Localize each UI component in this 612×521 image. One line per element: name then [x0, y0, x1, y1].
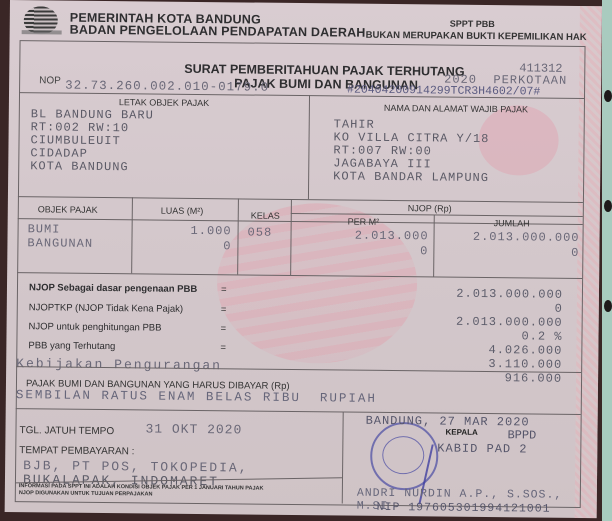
signatory-nip: NIP 197605301994121001: [377, 501, 551, 516]
table-cell-kelas: 058: [248, 226, 273, 240]
table-cell-per-m2: 0: [290, 243, 428, 258]
document-title: SURAT PEMBERITAHUAN PAJAK TERHUTANG: [184, 62, 464, 79]
nop-label: NOP: [39, 75, 61, 86]
due-date-label: TGL. JATUH TEMPO: [19, 425, 114, 437]
payable-value: 916.000: [505, 371, 563, 386]
table-cell-objek: BUMI: [28, 222, 61, 236]
calc-value: 4.026.000: [488, 343, 562, 358]
taxpayer-line: TAHIR: [334, 118, 375, 130]
object-location-line: KOTA BANDUNG: [30, 160, 129, 173]
due-date-value: 31 OKT 2020: [145, 421, 242, 437]
payment-places-label: TEMPAT PEMBAYARAN :: [19, 445, 134, 457]
col-kelas: KELAS: [251, 211, 280, 221]
table-cell-per-m2: 2.013.000: [290, 228, 428, 243]
col-per-m2: PER M²: [348, 217, 380, 227]
taxpayer-label: NAMA DAN ALAMAT WAJIB PAJAK: [384, 103, 528, 115]
taxpayer-line: KOTA BANDAR LAMPUNG: [333, 170, 489, 184]
object-location-label: LETAK OBJEK PAJAK: [119, 97, 209, 108]
table-cell-luas: 1.000: [132, 223, 232, 238]
disclaimer: BUKAN MERUPAKAN BUKTI KEPEMILIKAN HAK: [366, 30, 587, 43]
gov-line-2: BADAN PENGELOLAAN PENDAPATAN DAERAH: [70, 23, 366, 40]
calc-label: NJOP untuk penghitungan PBB: [29, 321, 162, 333]
calc-eq: =: [221, 323, 227, 334]
taxpayer-line: RT:007 RW:00: [333, 144, 432, 157]
col-jumlah: JUMLAH: [494, 218, 530, 228]
object-location-line: CIUMBULEUIT: [30, 134, 120, 147]
sppt-label: SPPT PBB: [450, 19, 495, 29]
calc-value: 2.013.000.000: [456, 287, 563, 302]
calc-label: NJOP Sebagai dasar pengenaan PBB: [29, 282, 197, 295]
calc-eq: =: [221, 304, 227, 315]
col-luas: LUAS (M²): [161, 206, 204, 216]
signature-kepala: KEPALA: [445, 428, 477, 437]
background-edge: [602, 0, 612, 521]
signature-agency: BPPD: [507, 428, 536, 442]
sppt-document: PEMERINTAH KOTA BANDUNG BADAN PENGELOLAA…: [5, 0, 602, 518]
table-cell-objek: BANGUNAN: [27, 236, 93, 251]
taxpayer-line: JAGABAYA III: [333, 157, 432, 170]
calc-eq: =: [221, 284, 227, 295]
object-location-line: CIDADAP: [30, 147, 88, 160]
reduction-label: Kebijakan Pengurangan: [16, 356, 222, 373]
perforation-hole: [604, 300, 612, 312]
perforation-hole: [604, 200, 612, 212]
reduction-value: 3.110.000: [488, 357, 562, 372]
calc-label: PBB yang Terhutang: [28, 340, 115, 352]
calc-value: 0.2 %: [521, 329, 562, 343]
col-objek: OBJEK PAJAK: [38, 204, 98, 215]
calc-eq: =: [220, 342, 226, 353]
table-cell-luas: 0: [131, 238, 231, 253]
table-cell-jumlah: 0: [433, 244, 579, 260]
calc-value: 0: [555, 302, 563, 316]
logo-caption: [22, 30, 62, 34]
perforation-hole: [604, 90, 612, 102]
col-njop: NJOP (Rp): [408, 203, 452, 213]
signature-position: KABID PAD 2: [437, 441, 527, 456]
table-cell-jumlah: 2.013.000.000: [433, 229, 579, 245]
object-location-line: RT:002 RW:10: [31, 121, 130, 134]
calc-value: 2.013.000.000: [456, 315, 563, 330]
calc-label: NJOPTKP (NJOP Tidak Kena Pajak): [29, 302, 183, 315]
